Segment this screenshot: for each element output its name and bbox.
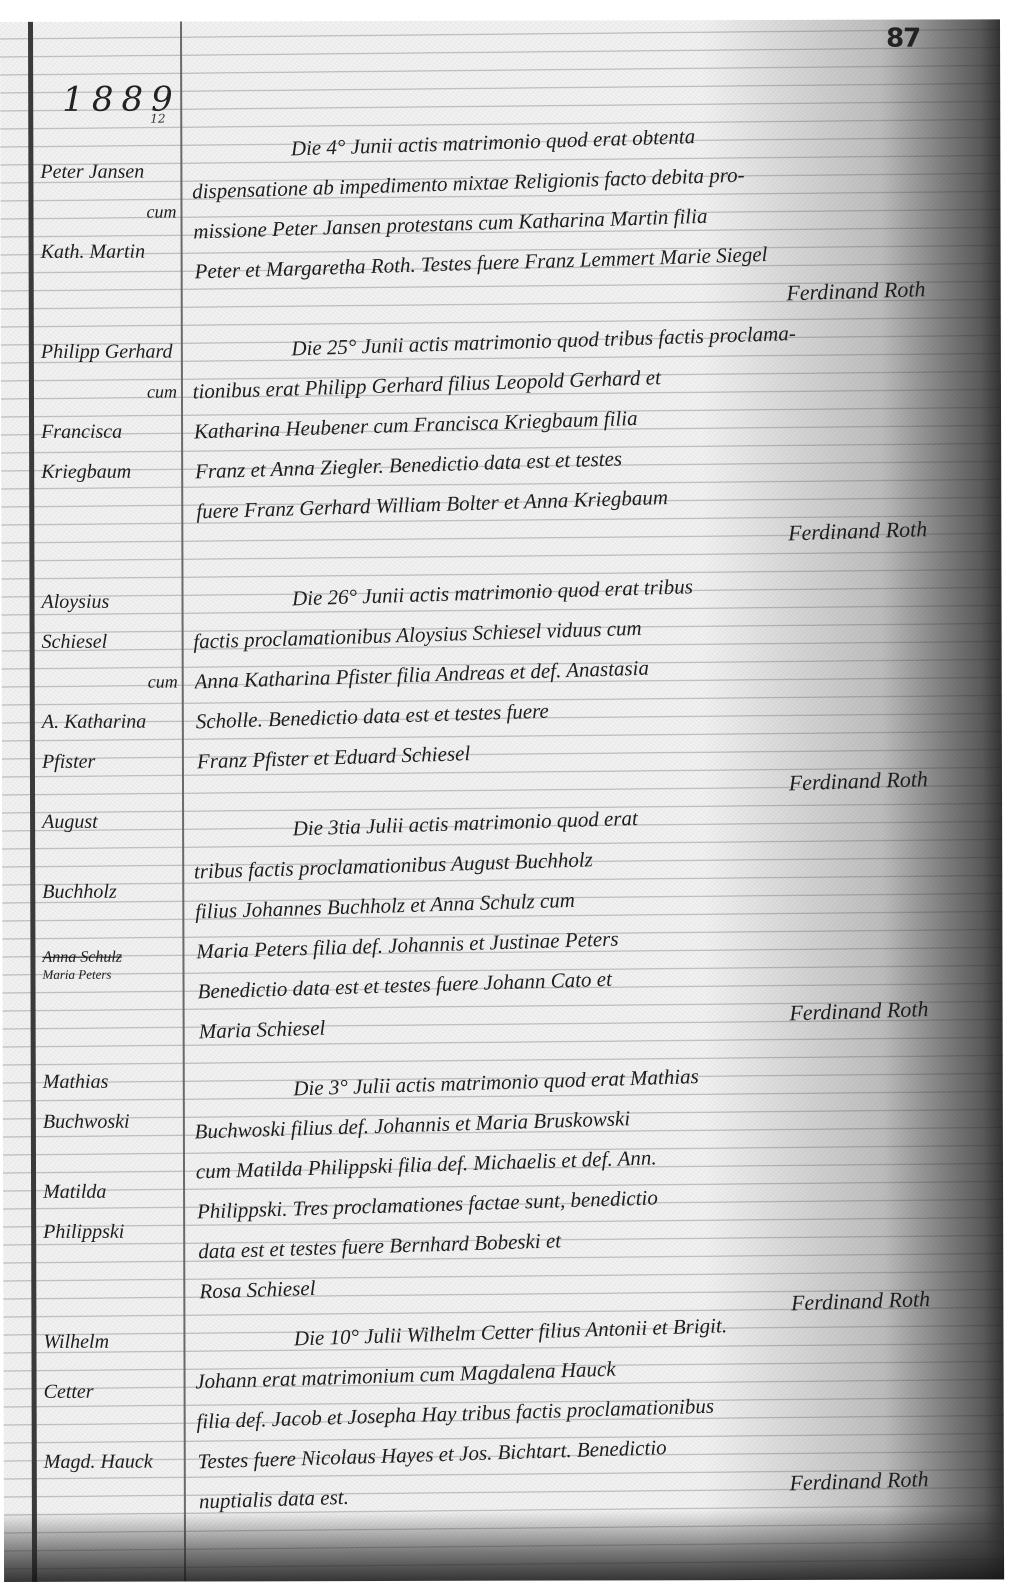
entry-margin-names: August Buchholz Anna Schulz Maria Peters [42,802,182,982]
bride-last-name: Kriegbaum [41,452,181,492]
page-number: 87 [886,24,920,54]
bride-first-name: Francisca [41,412,181,452]
cum-label: cum [41,372,181,412]
groom-first-name: Aloysius [41,582,181,622]
groom-first-name: August [42,802,182,842]
bride-name: Magd. Hauck [44,1442,184,1482]
groom-last-name: Schiesel [42,622,182,662]
register-page: 87 1889 12 Peter Jansen cum Kath. Martin… [0,19,1004,1582]
scan-shadow [4,1509,1004,1582]
entry-margin-names: Peter Jansen cum Kath. Martin [40,152,180,272]
groom-name: Philipp Gerhard [41,332,181,372]
bride-last-name: Philippski [43,1212,183,1252]
cum-label: cum [42,662,182,702]
groom-name: Peter Jansen [40,152,180,192]
left-margin-rule [28,22,37,1582]
entry-text: Die 4° Junii actis matrimonio quod erat … [190,108,966,331]
groom-last-name: Buchholz [42,872,182,912]
bride-first-name: A. Katharina [42,702,182,742]
entry-text: Die 26° Junii actis matrimonio quod erat… [191,558,968,821]
bride-name-struck: Anna Schulz [42,948,182,968]
bride-name: Kath. Martin [41,232,181,272]
entry-text: Die 3° Julii actis matrimonio quod erat … [193,1048,971,1341]
groom-first-name: Mathias [43,1062,183,1102]
entry-text: Die 3tia Julii actis matrimonio quod era… [192,788,969,1051]
entry-margin-names: Wilhelm Cetter Magd. Hauck [43,1322,183,1482]
bride-last-name: Pfister [42,742,182,782]
marriage-entry: Mathias Buchwoski Matilda Philippski Die… [3,1049,1003,1052]
entry-margin-names: Aloysius Schiesel cum A. Katharina Pfist… [41,582,182,782]
groom-last-name: Cetter [44,1372,184,1412]
entry-margin-names: Mathias Buchwoski Matilda Philippski [43,1062,183,1252]
bride-first-name: Matilda [43,1172,183,1212]
entry-text: Die 25° Junii actis matrimonio quod trib… [191,308,968,571]
entry-margin-names: Philipp Gerhard cum Francisca Kriegbaum [41,332,181,492]
groom-last-name: Buchwoski [43,1102,183,1142]
bride-name-correction: Maria Peters [42,968,182,982]
groom-first-name: Wilhelm [43,1322,183,1362]
cum-label: cum [40,192,180,232]
year-suffix: 12 [150,112,165,126]
entry-text: Die 10° Julii Wilhelm Cetter filius Anto… [193,1298,969,1521]
